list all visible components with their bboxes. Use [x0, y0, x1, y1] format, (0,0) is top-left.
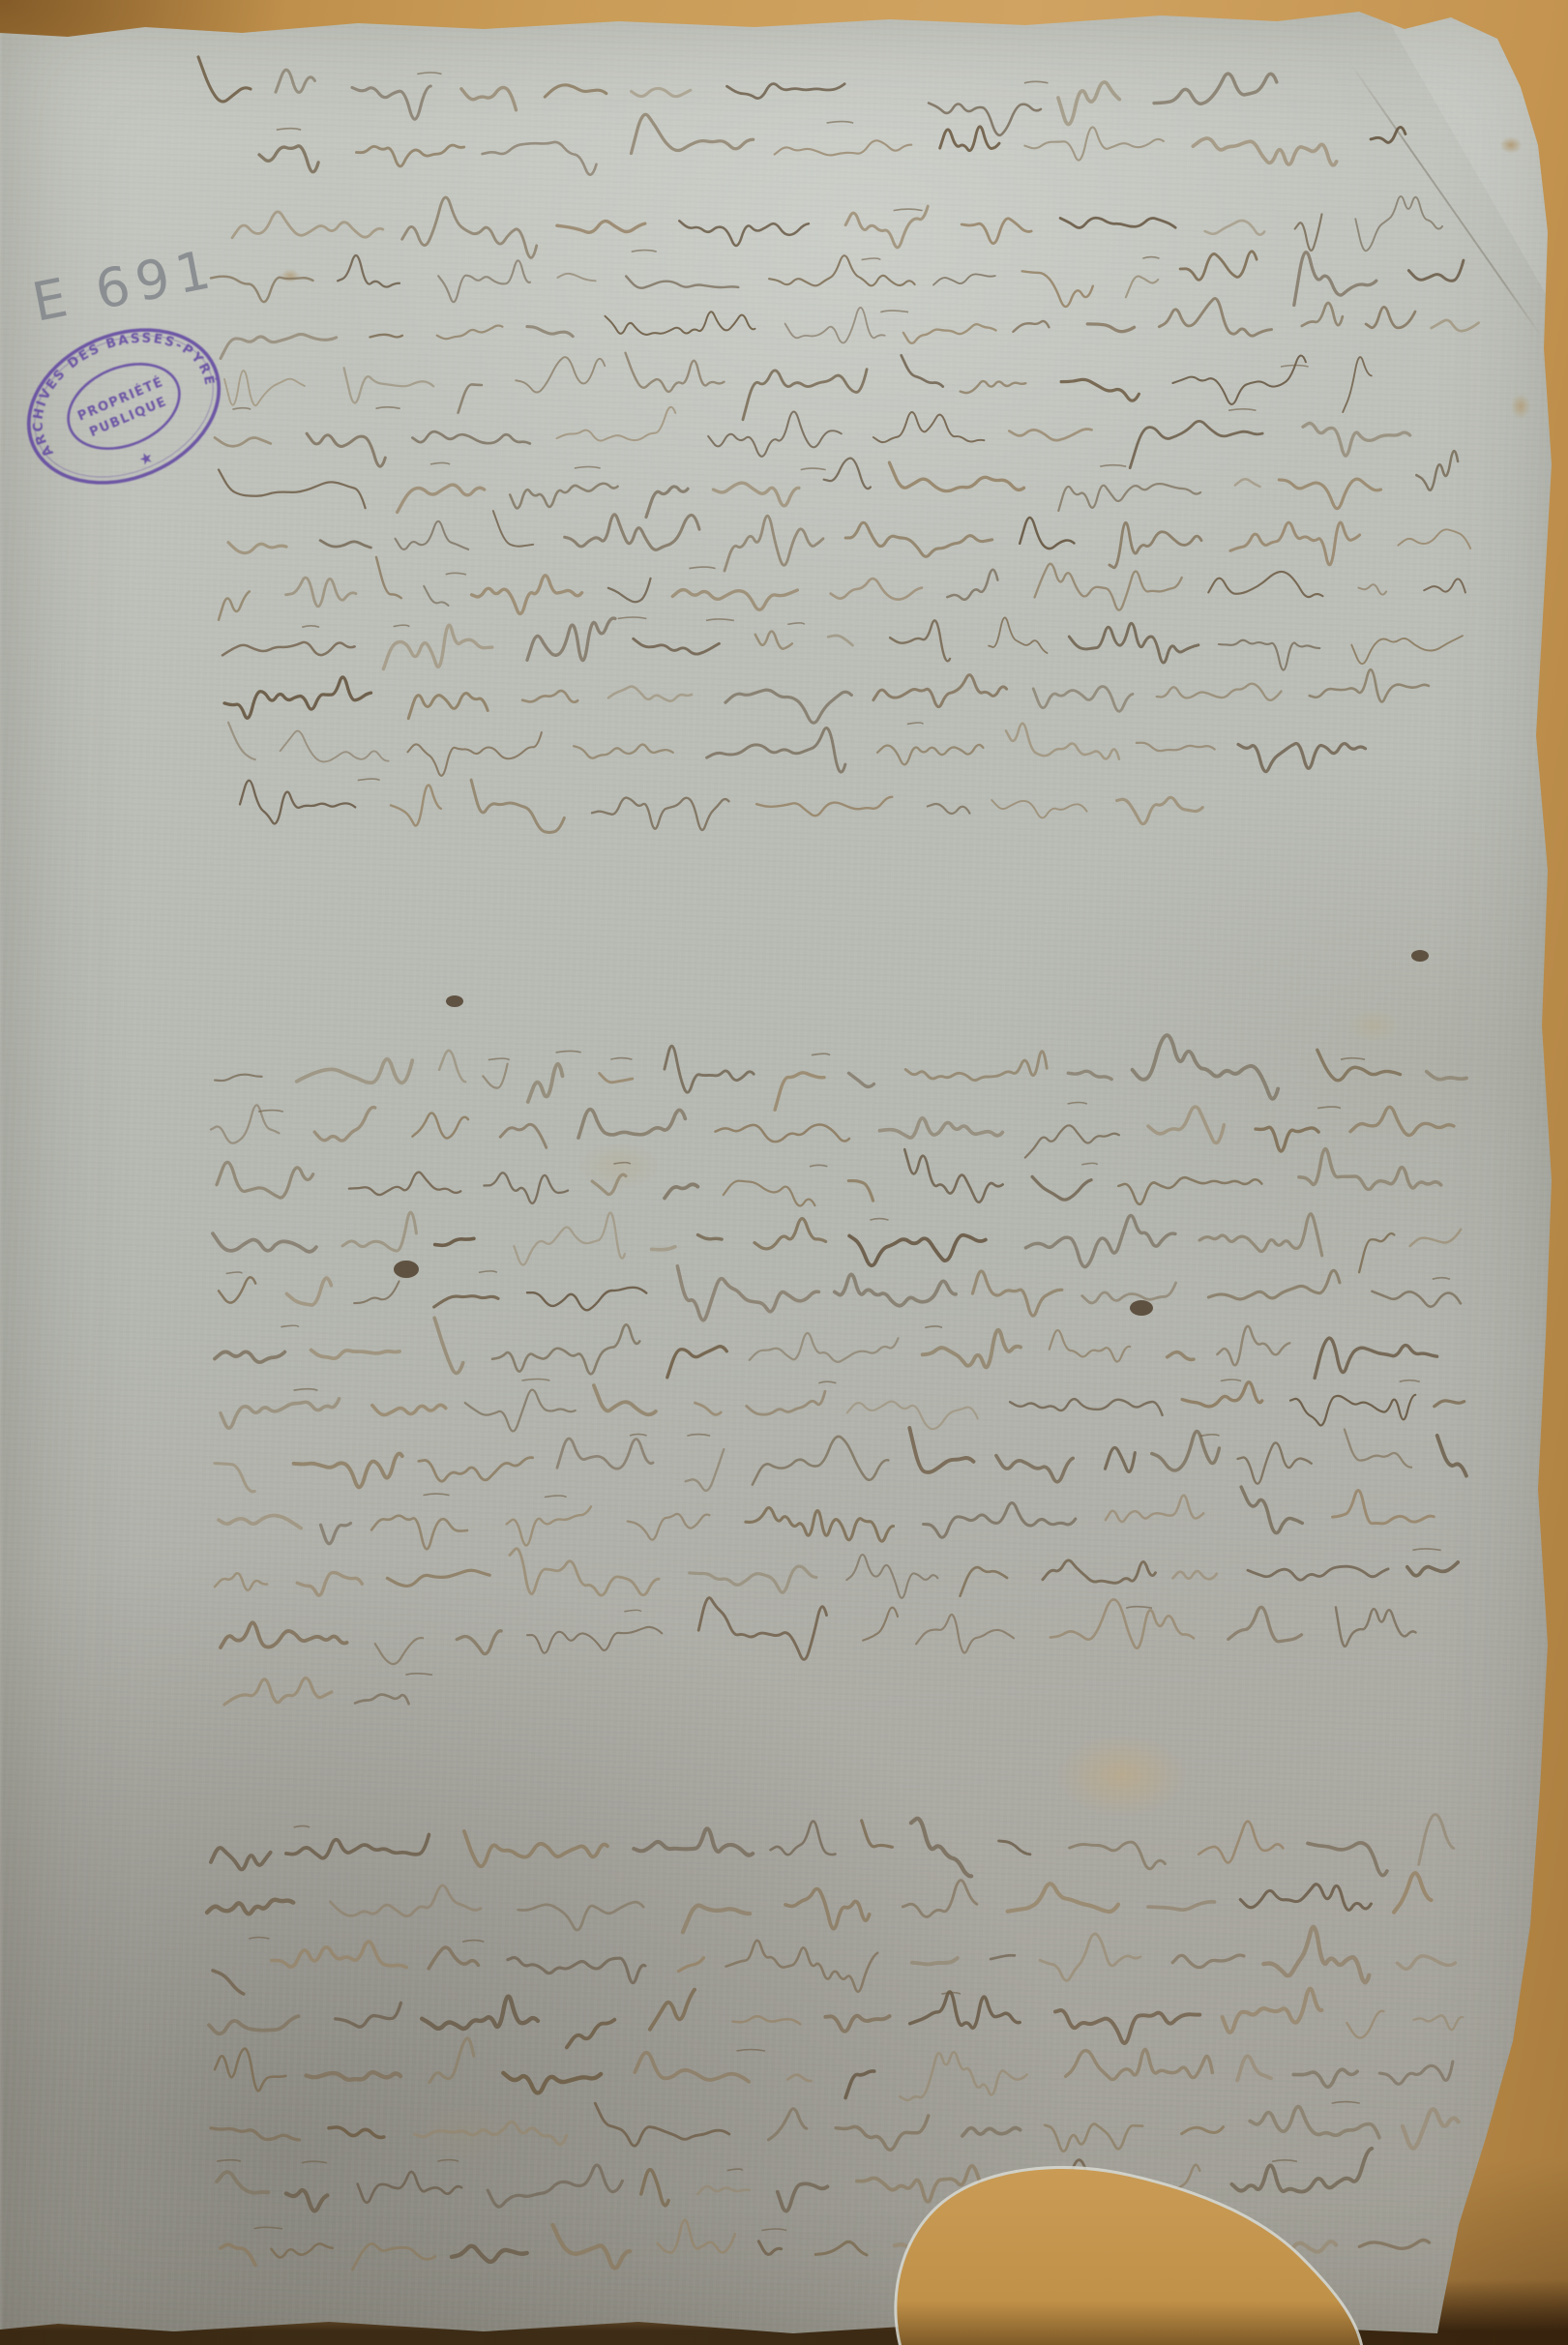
stain [1507, 389, 1534, 424]
stain [277, 266, 304, 285]
stain [397, 2090, 532, 2177]
photograph: E 691 ARCHIVES DES BASSES-PYRÉNÉES PROPR… [0, 0, 1568, 2345]
stain [1030, 1717, 1214, 1833]
stain [561, 1132, 677, 1200]
stain [1335, 1000, 1412, 1051]
manuscript-page [0, 0, 1568, 2345]
